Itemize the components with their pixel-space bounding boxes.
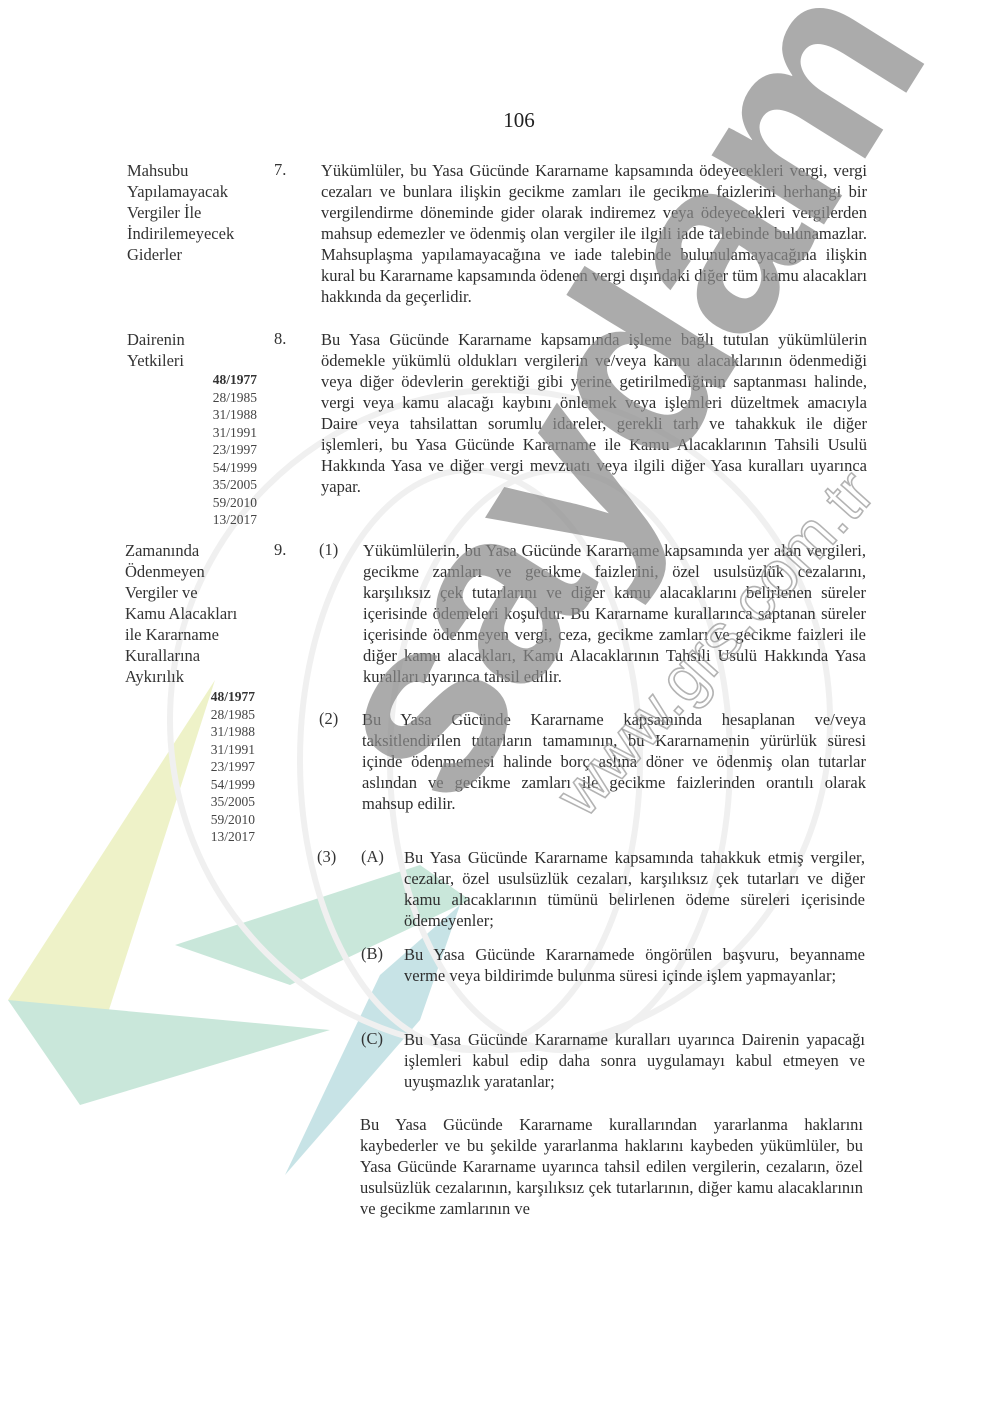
law-reference: 59/2010 xyxy=(187,494,257,512)
margin-title-line: Giderler xyxy=(127,244,267,265)
law-reference: 59/2010 xyxy=(185,811,255,829)
law-references-8: 48/1977 28/1985 31/1988 31/1991 23/1997 … xyxy=(187,371,257,529)
margin-title-line: Kamu Alacakları xyxy=(125,603,265,624)
law-reference: 23/1997 xyxy=(187,441,257,459)
law-reference: 35/2005 xyxy=(185,793,255,811)
law-reference: 54/1999 xyxy=(187,459,257,477)
article-number-7: 7. xyxy=(274,160,286,180)
law-reference: 28/1985 xyxy=(185,706,255,724)
law-reference: 28/1985 xyxy=(187,389,257,407)
law-reference: 31/1988 xyxy=(185,723,255,741)
margin-title-9: Zamanında Ödenmeyen Vergiler ve Kamu Ala… xyxy=(125,540,265,687)
item-letter-c: (C) xyxy=(361,1029,383,1049)
subsection-number-2: (2) xyxy=(319,709,338,729)
subsection-number-3: (3) xyxy=(317,847,336,867)
article-text-8: Bu Yasa Gücünde Kararname kapsamında işl… xyxy=(321,329,867,497)
item-letter-a: (A) xyxy=(361,847,384,867)
margin-title-line: ile Kararname xyxy=(125,624,265,645)
margin-title-line: Yapılamayacak xyxy=(127,181,267,202)
margin-title-line: İndirilemeyecek xyxy=(127,223,267,244)
margin-title-line: Ödenmeyen xyxy=(125,561,265,582)
margin-title-8: Dairenin Yetkileri xyxy=(127,329,267,371)
article-number-9: 9. xyxy=(274,540,286,560)
margin-title-line: Zamanında xyxy=(125,540,265,561)
margin-title-line: Aykırılık xyxy=(125,666,265,687)
document-page: 106 Mahsubu Yapılamayacak Vergiler İle İ… xyxy=(0,0,1000,1412)
subsection-text-2: Bu Yasa Gücünde Kararname kapsamında hes… xyxy=(362,709,866,814)
margin-title-line: Vergiler İle xyxy=(127,202,267,223)
item-letter-b: (B) xyxy=(361,944,383,964)
subsection-3-tail-text: Bu Yasa Gücünde Kararname kurallarından … xyxy=(360,1114,863,1219)
law-reference: 31/1988 xyxy=(187,406,257,424)
law-reference: 54/1999 xyxy=(185,776,255,794)
item-text-c: Bu Yasa Gücünde Kararname kuralları uyar… xyxy=(404,1029,865,1092)
subsection-text-1: Yükümlülerin, bu Yasa Gücünde Kararname … xyxy=(363,540,866,687)
subsection-number-1: (1) xyxy=(319,540,338,560)
item-text-a: Bu Yasa Gücünde Kararname kapsamında tah… xyxy=(404,847,865,931)
margin-title-line: Mahsubu xyxy=(127,160,267,181)
margin-title-line: Yetkileri xyxy=(127,350,267,371)
law-references-9: 48/1977 28/1985 31/1988 31/1991 23/1997 … xyxy=(185,688,255,846)
law-reference: 13/2017 xyxy=(187,511,257,529)
margin-title-line: Kurallarına xyxy=(125,645,265,666)
margin-title-7: Mahsubu Yapılamayacak Vergiler İle İndir… xyxy=(127,160,267,265)
margin-title-line: Vergiler ve xyxy=(125,582,265,603)
item-text-b: Bu Yasa Gücünde Kararnamede öngörülen ba… xyxy=(404,944,865,986)
law-reference: 48/1977 xyxy=(187,371,257,389)
margin-title-line: Dairenin xyxy=(127,329,267,350)
law-reference: 23/1997 xyxy=(185,758,255,776)
law-reference: 31/1991 xyxy=(185,741,255,759)
law-reference: 31/1991 xyxy=(187,424,257,442)
law-reference: 35/2005 xyxy=(187,476,257,494)
article-number-8: 8. xyxy=(274,329,286,349)
page-number: 106 xyxy=(0,108,1000,133)
article-text-7: Yükümlüler, bu Yasa Gücünde Kararname ka… xyxy=(321,160,867,307)
law-reference: 13/2017 xyxy=(185,828,255,846)
law-reference: 48/1977 xyxy=(185,688,255,706)
